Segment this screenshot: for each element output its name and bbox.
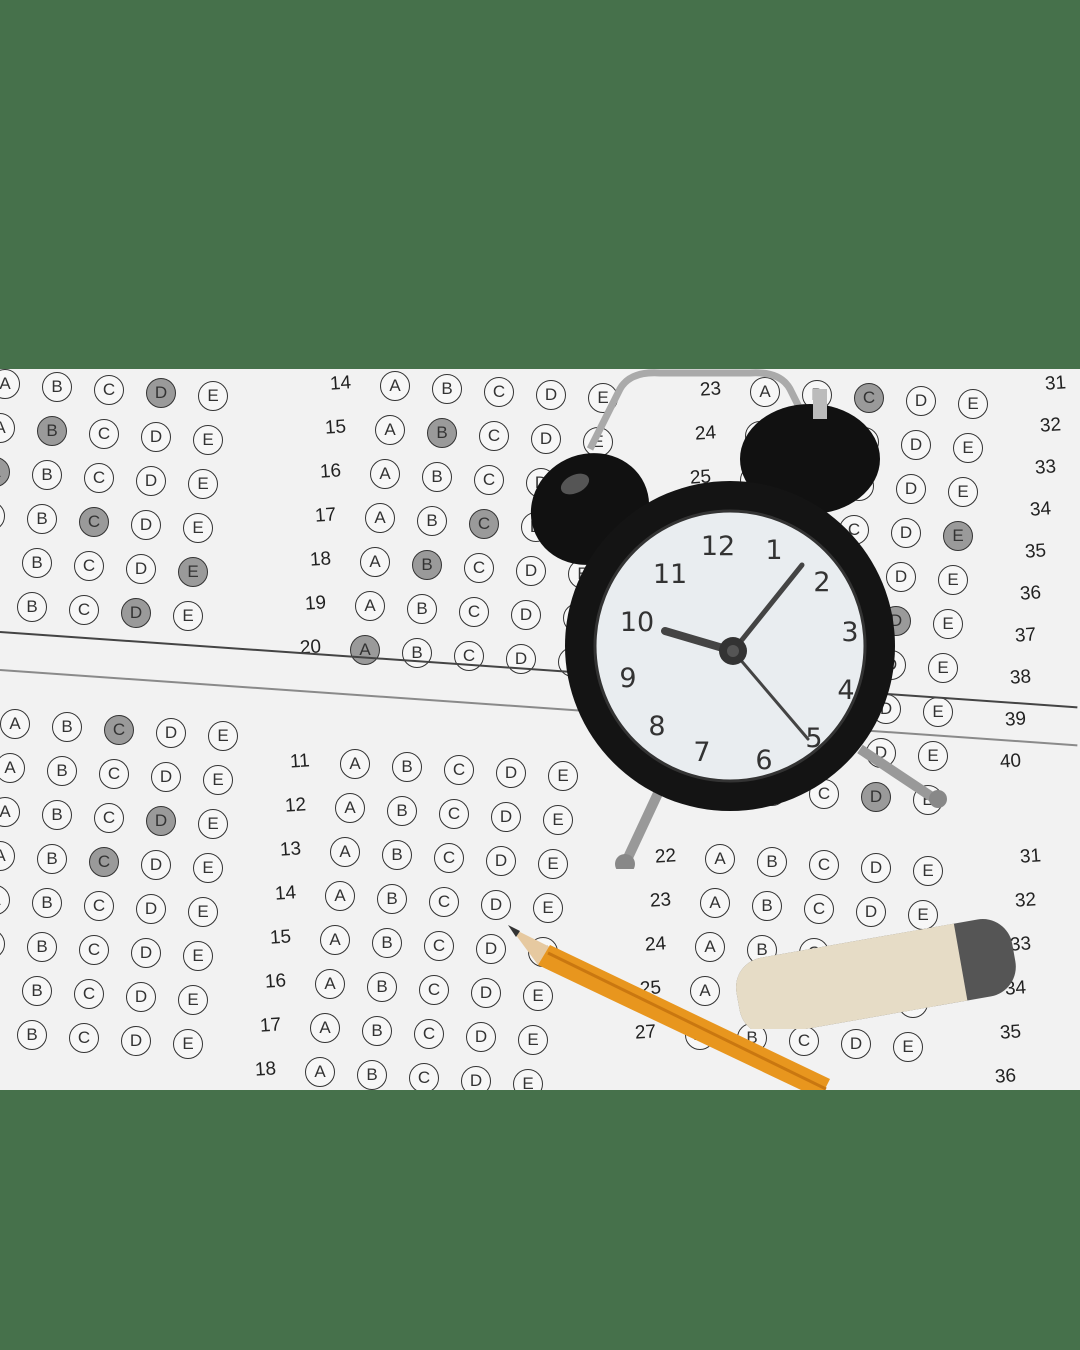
answer-bubble-a: A bbox=[0, 709, 30, 739]
answer-bubble-b: B bbox=[402, 638, 432, 668]
answer-bubble-a: A bbox=[0, 929, 5, 959]
answer-bubble-b: B bbox=[372, 928, 402, 958]
question-number: 36 bbox=[994, 1065, 1017, 1088]
answer-bubble-c: C bbox=[79, 935, 109, 965]
answer-bubble-a: A bbox=[0, 413, 15, 443]
answer-bubble-e: E bbox=[198, 809, 228, 839]
answer-bubble-b: B bbox=[37, 844, 67, 874]
svg-text:11: 11 bbox=[653, 559, 687, 590]
answer-bubble-d: D bbox=[131, 510, 161, 540]
svg-text:4: 4 bbox=[837, 675, 854, 706]
answer-bubble-b: B bbox=[32, 888, 62, 918]
question-number: 19 bbox=[304, 592, 327, 615]
answer-bubble-b: B bbox=[22, 548, 52, 578]
answer-bubble-b: B bbox=[27, 504, 57, 534]
answer-bubble-a: A bbox=[0, 797, 20, 827]
question-number: 37 bbox=[1014, 624, 1037, 647]
answer-bubble-a: A bbox=[340, 749, 370, 779]
answer-bubble-a: A bbox=[330, 837, 360, 867]
answer-bubble-d: D bbox=[121, 1026, 151, 1056]
question-number: 15 bbox=[269, 926, 292, 949]
answer-bubble-c: C bbox=[99, 759, 129, 789]
answer-bubble-a: A bbox=[0, 885, 10, 915]
answer-bubble-a: A bbox=[325, 881, 355, 911]
svg-text:7: 7 bbox=[693, 737, 710, 768]
answer-bubble-e: E bbox=[208, 721, 238, 751]
svg-text:1: 1 bbox=[765, 535, 782, 566]
answer-bubble-d: D bbox=[126, 554, 156, 584]
answer-bubble-c: C bbox=[74, 979, 104, 1009]
answer-bubble-c: C bbox=[439, 799, 469, 829]
svg-text:6: 6 bbox=[755, 745, 772, 776]
answer-bubble-b: B bbox=[17, 592, 47, 622]
answer-bubble-a: A bbox=[305, 1057, 335, 1087]
question-number: 16 bbox=[264, 970, 287, 993]
answer-bubble-c: C bbox=[419, 975, 449, 1005]
answer-sheet-photo: ABCDEABCDEABCDEABCDEABCDEABCDE14ABCDE15A… bbox=[0, 369, 1080, 1090]
answer-bubble-a: A bbox=[310, 1013, 340, 1043]
answer-bubble-c: C bbox=[464, 553, 494, 583]
answer-bubble-c: C bbox=[469, 509, 499, 539]
answer-bubble-c: C bbox=[474, 465, 504, 495]
answer-bubble-d: D bbox=[141, 850, 171, 880]
answer-bubble-c: C bbox=[429, 887, 459, 917]
answer-bubble-c: C bbox=[424, 931, 454, 961]
question-number: 20 bbox=[299, 636, 322, 659]
answer-bubble-e: E bbox=[193, 425, 223, 455]
question-number: 13 bbox=[279, 838, 302, 861]
question-number: 16 bbox=[319, 460, 342, 483]
answer-bubble-c: C bbox=[79, 507, 109, 537]
answer-bubble-d: D bbox=[486, 846, 516, 876]
answer-bubble-b: B bbox=[37, 416, 67, 446]
answer-bubble-d: D bbox=[136, 894, 166, 924]
answer-bubble-a: A bbox=[0, 753, 25, 783]
answer-bubble-c: C bbox=[444, 755, 474, 785]
answer-bubble-e: E bbox=[203, 765, 233, 795]
question-number: 32 bbox=[1039, 414, 1062, 437]
answer-bubble-c: C bbox=[89, 419, 119, 449]
answer-bubble-b: B bbox=[382, 840, 412, 870]
answer-bubble-b: B bbox=[42, 372, 72, 402]
answer-bubble-c: C bbox=[74, 551, 104, 581]
question-number: 33 bbox=[1034, 456, 1057, 479]
bottom-green-band bbox=[0, 1090, 1080, 1350]
svg-text:10: 10 bbox=[620, 607, 654, 638]
answer-bubble-b: B bbox=[387, 796, 417, 826]
answer-bubble-a: A bbox=[370, 459, 400, 489]
svg-text:8: 8 bbox=[648, 711, 665, 742]
answer-bubble-c: C bbox=[459, 597, 489, 627]
answer-bubble-e: E bbox=[183, 941, 213, 971]
answer-bubble-c: C bbox=[84, 463, 114, 493]
answer-bubble-b: B bbox=[52, 712, 82, 742]
answer-bubble-a: A bbox=[350, 635, 380, 665]
answer-bubble-d: D bbox=[146, 378, 176, 408]
question-number: 12 bbox=[284, 794, 307, 817]
answer-bubble-c: C bbox=[94, 375, 124, 405]
answer-bubble-c: C bbox=[434, 843, 464, 873]
answer-bubble-e: E bbox=[173, 601, 203, 631]
answer-bubble-b: B bbox=[22, 976, 52, 1006]
answer-bubble-c: C bbox=[69, 595, 99, 625]
answer-bubble-a: A bbox=[380, 371, 410, 401]
answer-bubble-b: B bbox=[392, 752, 422, 782]
answer-bubble-b: B bbox=[32, 460, 62, 490]
answer-bubble-b: B bbox=[17, 1020, 47, 1050]
answer-bubble-b: B bbox=[357, 1060, 387, 1090]
answer-bubble-d: D bbox=[156, 718, 186, 748]
answer-bubble-e: E bbox=[188, 897, 218, 927]
question-number: 17 bbox=[259, 1014, 282, 1037]
alarm-clock: 12 1 2 3 4 5 6 7 8 9 10 11 bbox=[530, 369, 960, 869]
question-number: 18 bbox=[309, 548, 332, 571]
question-number: 14 bbox=[274, 882, 297, 905]
answer-bubble-e: E bbox=[188, 469, 218, 499]
answer-bubble-e: E bbox=[198, 381, 228, 411]
eraser bbox=[720, 904, 1030, 1029]
answer-bubble-b: B bbox=[412, 550, 442, 580]
answer-bubble-a: A bbox=[365, 503, 395, 533]
answer-bubble-d: D bbox=[496, 758, 526, 788]
answer-bubble-a: A bbox=[320, 925, 350, 955]
answer-bubble-e: E bbox=[893, 1032, 923, 1062]
answer-bubble-d: D bbox=[126, 982, 156, 1012]
top-green-band bbox=[0, 0, 1080, 369]
answer-bubble-a: A bbox=[355, 591, 385, 621]
answer-bubble-c: C bbox=[89, 847, 119, 877]
answer-bubble-b: B bbox=[42, 800, 72, 830]
answer-bubble-b: B bbox=[417, 506, 447, 536]
answer-bubble-e: E bbox=[173, 1029, 203, 1059]
answer-bubble-d: D bbox=[131, 938, 161, 968]
question-number: 38 bbox=[1009, 666, 1032, 689]
answer-bubble-c: C bbox=[409, 1063, 439, 1090]
question-number: 40 bbox=[999, 750, 1022, 773]
question-number: 31 bbox=[1019, 845, 1042, 868]
answer-bubble-d: D bbox=[146, 806, 176, 836]
answer-bubble-b: B bbox=[367, 972, 397, 1002]
answer-bubble-b: B bbox=[362, 1016, 392, 1046]
answer-bubble-a: A bbox=[360, 547, 390, 577]
answer-bubble-a: A bbox=[335, 793, 365, 823]
question-number: 11 bbox=[289, 750, 310, 773]
svg-text:9: 9 bbox=[619, 663, 636, 694]
answer-bubble-a: A bbox=[0, 501, 5, 531]
answer-bubble-a: A bbox=[315, 969, 345, 999]
answer-bubble-b: B bbox=[377, 884, 407, 914]
question-number: 34 bbox=[1029, 498, 1052, 521]
answer-bubble-a: A bbox=[0, 841, 15, 871]
answer-bubble-c: C bbox=[94, 803, 124, 833]
answer-bubble-c: C bbox=[484, 377, 514, 407]
answer-bubble-c: C bbox=[84, 891, 114, 921]
answer-bubble-e: E bbox=[178, 985, 208, 1015]
answer-bubble-b: B bbox=[422, 462, 452, 492]
svg-text:12: 12 bbox=[701, 531, 735, 562]
answer-bubble-e: E bbox=[193, 853, 223, 883]
question-number: 31 bbox=[1044, 372, 1067, 395]
answer-bubble-d: D bbox=[136, 466, 166, 496]
answer-bubble-b: B bbox=[27, 932, 57, 962]
answer-bubble-a: A bbox=[375, 415, 405, 445]
answer-bubble-c: C bbox=[69, 1023, 99, 1053]
answer-bubble-e: E bbox=[183, 513, 213, 543]
answer-bubble-d: D bbox=[121, 598, 151, 628]
answer-bubble-d: D bbox=[151, 762, 181, 792]
answer-bubble-c: C bbox=[104, 715, 134, 745]
answer-bubble-e: E bbox=[178, 557, 208, 587]
answer-bubble-b: B bbox=[47, 756, 77, 786]
answer-bubble-c: C bbox=[414, 1019, 444, 1049]
answer-bubble-a: A bbox=[0, 369, 20, 399]
question-number: 36 bbox=[1019, 582, 1042, 605]
answer-bubble-d: D bbox=[491, 802, 521, 832]
answer-bubble-a: A bbox=[0, 457, 10, 487]
svg-text:3: 3 bbox=[841, 617, 858, 648]
question-number: 35 bbox=[1024, 540, 1047, 563]
answer-bubble-d: D bbox=[141, 422, 171, 452]
answer-bubble-b: B bbox=[407, 594, 437, 624]
question-number: 39 bbox=[1004, 708, 1027, 731]
svg-text:2: 2 bbox=[813, 567, 830, 598]
answer-bubble-d: D bbox=[461, 1066, 491, 1090]
answer-bubble-c: C bbox=[479, 421, 509, 451]
answer-bubble-e: E bbox=[958, 389, 988, 419]
question-number: 18 bbox=[254, 1058, 277, 1081]
question-number: 17 bbox=[314, 504, 337, 527]
answer-bubble-b: B bbox=[427, 418, 457, 448]
answer-bubble-b: B bbox=[432, 374, 462, 404]
question-number: 15 bbox=[324, 416, 347, 439]
question-number: 14 bbox=[329, 372, 352, 395]
